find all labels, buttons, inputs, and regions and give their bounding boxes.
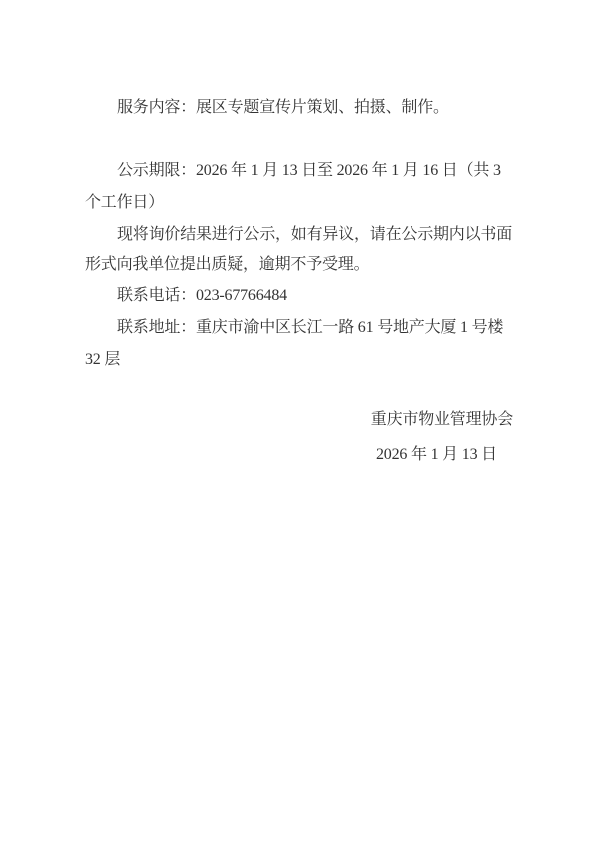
line-contact-phone: 联系电话：023-67766484 xyxy=(117,285,287,307)
signature-date: 2026 年 1 月 13 日 xyxy=(376,444,497,466)
line-contact-address: 联系地址：重庆市渝中区长江一路 61 号地产大厦 1 号楼 xyxy=(117,317,503,339)
document-page: 服务内容：展区专题宣传片策划、拍摄、制作。 公示期限：2026 年 1 月 13… xyxy=(0,0,600,849)
line-notice: 现将询价结果进行公示，如有异议，请在公示期内以书面 xyxy=(117,224,512,246)
line-contact-address-cont: 32 层 xyxy=(85,349,120,371)
line-service-content: 服务内容：展区专题宣传片策划、拍摄、制作。 xyxy=(117,97,449,119)
signature-organization: 重庆市物业管理协会 xyxy=(371,409,513,431)
line-publicity-period-cont: 个工作日） xyxy=(85,192,164,214)
line-publicity-period: 公示期限：2026 年 1 月 13 日至 2026 年 1 月 16 日（共 … xyxy=(117,160,501,182)
line-notice-cont: 形式向我单位提出质疑，逾期不予受理。 xyxy=(85,254,369,276)
